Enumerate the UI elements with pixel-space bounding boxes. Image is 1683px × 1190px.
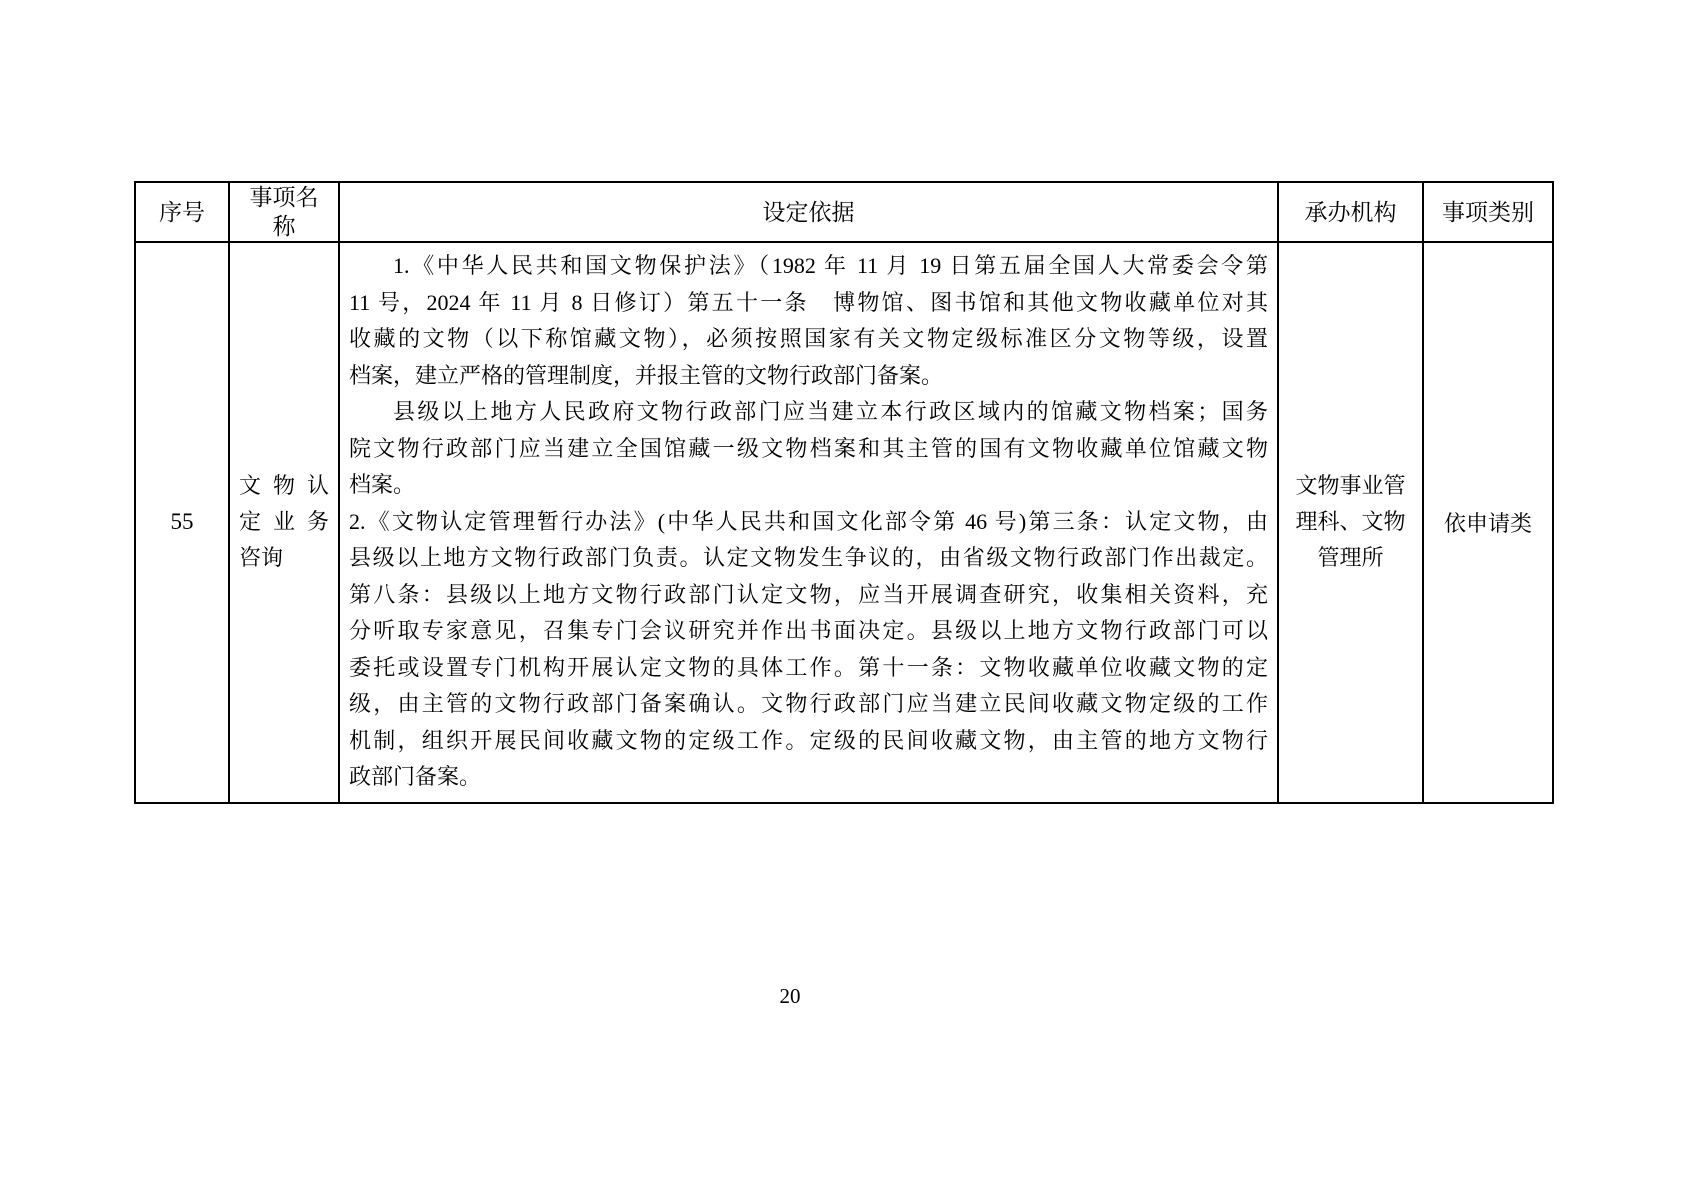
legal-basis-line: 档案，建立严格的管理制度，并报主管的文物行政部门备案。	[349, 358, 1268, 395]
legal-basis-line: 11 号，2024 年 11 月 8 日修订）第五十一条 博物馆、图书馆和其他文…	[349, 285, 1268, 322]
cell-item-category: 依申请类	[1423, 242, 1553, 803]
item-name-line: 咨询	[239, 540, 329, 576]
header-item-name: 事项名称	[229, 182, 339, 242]
cell-item-name: 文物认 定业务 咨询	[229, 242, 339, 803]
legal-basis-text: 1.《中华人民共和国文物保护法》（1982 年 11 月 19 日第五届全国人大…	[340, 243, 1277, 802]
header-item-category-label: 事项类别	[1442, 199, 1534, 225]
item-name-line: 文物认	[239, 468, 329, 504]
legal-basis-line: 档案。	[349, 467, 1268, 504]
table-row: 55 文物认 定业务 咨询 1.《中华人民共和国文物保护法》（1982 年 11…	[135, 242, 1553, 803]
page-number: 20	[760, 984, 820, 1009]
legal-basis-line: 县级以上地方人民政府文物行政部门应当建立本行政区域内的馆藏文物档案；国务	[349, 394, 1268, 431]
legal-basis-line: 级，由主管的文物行政部门备案确认。文物行政部门应当建立民间收藏文物定级的工作	[349, 686, 1268, 723]
service-items-table: 序号 事项名称 设定依据 承办机构 事项类别 55 文物认 定业务 咨询 1.《…	[134, 181, 1554, 804]
header-item-category: 事项类别	[1423, 182, 1553, 242]
legal-basis-line: 机制，组织开展民间收藏文物的定级工作。定级的民间收藏文物，由主管的地方文物行	[349, 723, 1268, 760]
header-legal-basis: 设定依据	[339, 182, 1278, 242]
item-name-line: 定业务	[239, 504, 329, 540]
cell-handling-agency: 文物事业管 理科、文物 管理所	[1278, 242, 1423, 803]
item-name-block: 文物认 定业务 咨询	[239, 468, 329, 576]
legal-basis-line: 院文物行政部门应当建立全国馆藏一级文物档案和其主管的国有文物收藏单位馆藏文物	[349, 431, 1268, 468]
legal-basis-line: 第八条：县级以上地方文物行政部门认定文物，应当开展调查研究，收集相关资料，充	[349, 577, 1268, 614]
document-page: { "page_number": "20", "table": { "heade…	[0, 0, 1683, 1190]
handling-agency-line: 理科、文物	[1279, 504, 1422, 540]
handling-agency-line: 管理所	[1279, 540, 1422, 576]
handling-agency-text: 文物事业管 理科、文物 管理所	[1279, 468, 1422, 576]
serial-number-value: 55	[171, 509, 194, 534]
handling-agency-line: 文物事业管	[1279, 468, 1422, 504]
cell-serial-number: 55	[135, 242, 229, 803]
header-serial-number-label: 序号	[159, 199, 205, 225]
table-header-row: 序号 事项名称 设定依据 承办机构 事项类别	[135, 182, 1553, 242]
header-handling-agency-label: 承办机构	[1305, 199, 1397, 225]
legal-basis-line: 政部门备案。	[349, 759, 1268, 796]
header-legal-basis-label: 设定依据	[763, 199, 855, 225]
header-handling-agency: 承办机构	[1278, 182, 1423, 242]
legal-basis-line: 2.《文物认定管理暂行办法》(中华人民共和国文化部令第 46 号)第三条：认定文…	[349, 504, 1268, 541]
legal-basis-line: 收藏的文物（以下称馆藏文物），必须按照国家有关文物定级标准区分文物等级，设置	[349, 321, 1268, 358]
legal-basis-line: 1.《中华人民共和国文物保护法》（1982 年 11 月 19 日第五届全国人大…	[349, 248, 1268, 285]
header-item-name-label: 事项名称	[249, 183, 319, 241]
item-category-value: 依申请类	[1444, 511, 1532, 536]
header-serial-number: 序号	[135, 182, 229, 242]
cell-legal-basis: 1.《中华人民共和国文物保护法》（1982 年 11 月 19 日第五届全国人大…	[339, 242, 1278, 803]
legal-basis-line: 分听取专家意见，召集专门会议研究并作出书面决定。县级以上地方文物行政部门可以	[349, 613, 1268, 650]
legal-basis-line: 委托或设置专门机构开展认定文物的具体工作。第十一条：文物收藏单位收藏文物的定	[349, 650, 1268, 687]
legal-basis-line: 县级以上地方文物行政部门负责。认定文物发生争议的，由省级文物行政部门作出裁定。	[349, 540, 1268, 577]
